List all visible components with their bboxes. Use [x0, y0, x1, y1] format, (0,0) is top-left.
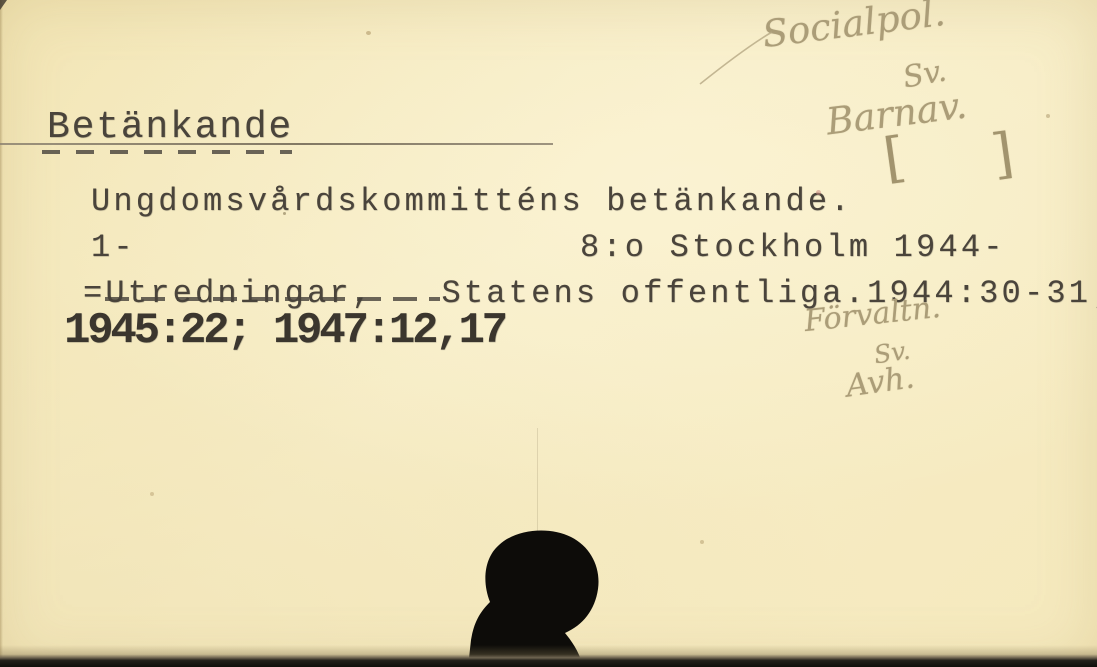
pencil-lead-stroke: [700, 32, 772, 84]
scan-overlay: [0, 0, 1097, 667]
catalog-card-scan: Betänkande Ungdomsvårdskommitténs betänk…: [0, 0, 1097, 667]
scan-edge-strip: [0, 645, 1097, 667]
